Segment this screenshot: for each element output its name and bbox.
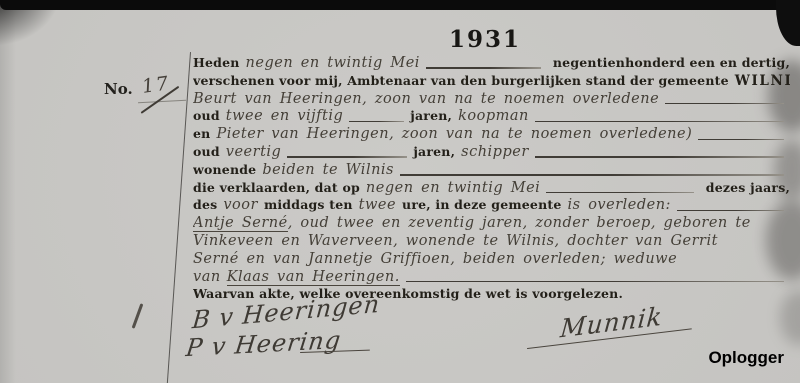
- site-watermark: Oplogger: [708, 348, 784, 368]
- printed-text: jaren,: [410, 108, 452, 123]
- handwritten-text: voor: [223, 197, 258, 213]
- document-line-11: Vinkeveen en Waverveen, wonende te Wilni…: [193, 233, 790, 251]
- handwritten-text: Vinkeveen en Waverveen, wonende te Wilni…: [193, 233, 718, 249]
- blank-fill-line: [535, 121, 784, 122]
- blank-fill-line: [535, 156, 784, 157]
- printed-text: dezes jaars,: [706, 180, 790, 195]
- printed-text: des: [193, 197, 217, 212]
- printed-text: middags ten: [264, 197, 353, 212]
- scanned-death-record: 1931 No. 17 Hedennegen en twintig Meineg…: [0, 0, 800, 383]
- blank-fill-line: [546, 192, 693, 193]
- handwritten-text: Antje Serné: [193, 215, 288, 232]
- scan-edge-top: [0, 0, 800, 10]
- record-number-label: No.: [104, 80, 133, 98]
- document-line-9: desvoormiddags tentweeure, in deze gemee…: [193, 197, 790, 215]
- handwritten-text: Pieter van Heeringen, zoon van na te noe…: [216, 126, 692, 142]
- record-number-underline: [138, 100, 186, 104]
- document-line-12: Serné en van Jannetje Griffioen, beiden …: [193, 251, 790, 269]
- handwritten-text: , oud twee en zeventig jaren, zonder ber…: [288, 215, 751, 231]
- handwritten-text: Serné en van Jannetje Griffioen, beiden …: [193, 251, 677, 267]
- printed-text: en: [193, 126, 210, 141]
- handwritten-text: schipper: [461, 144, 529, 160]
- blank-fill-line: [698, 139, 784, 140]
- printed-text: ure, in deze gemeente: [402, 197, 561, 212]
- handwritten-text: Klaas van Heeringen.: [227, 269, 400, 286]
- printed-text: WILNIS:: [735, 73, 790, 89]
- printed-text: Heden: [193, 55, 240, 70]
- blank-fill-line: [287, 156, 407, 157]
- document-line-8: die verklaarden, dat opnegen en twintig …: [193, 180, 790, 198]
- document-line-3: Beurt van Heeringen, zoon van na te noem…: [193, 91, 790, 109]
- handwritten-text: veertig: [226, 144, 282, 160]
- printed-text: oud: [193, 144, 220, 159]
- blank-fill-line: [665, 103, 784, 104]
- printed-text: wonende: [193, 162, 256, 177]
- document-line-13: vanKlaas van Heeringen.: [193, 269, 790, 287]
- handwritten-text: negen en twintig Mei: [246, 55, 420, 71]
- document-line-1: Hedennegen en twintig Meinegentienhonder…: [193, 55, 790, 73]
- handwritten-text: beiden te Wilnis: [262, 162, 394, 178]
- document-line-5: enPieter van Heeringen, zoon van na te n…: [193, 126, 790, 144]
- document-line-4: oudtwee en vijftigjaren,koopman: [193, 108, 790, 126]
- handwritten-text: van: [193, 269, 221, 285]
- printed-text: negentienhonderd een en dertig,: [553, 55, 790, 70]
- document-line-10: Antje Serné, oud twee en zeventig jaren,…: [193, 215, 790, 233]
- blank-fill-line: [400, 174, 784, 175]
- document-line-7: wonendebeiden te Wilnis: [193, 162, 790, 180]
- blank-fill-line: [406, 281, 784, 282]
- handwritten-text: twee: [359, 197, 396, 213]
- scan-edge-top-right: [776, 0, 800, 46]
- handwritten-text: negen en twintig Mei: [366, 180, 540, 196]
- blank-fill-line: [677, 210, 784, 211]
- printed-text: Waarvan akte, welke overeenkomstig de we…: [193, 286, 623, 301]
- stray-ink-mark: [132, 303, 144, 328]
- record-body: Hedennegen en twintig Meinegentienhonder…: [193, 55, 790, 304]
- blank-fill-line: [349, 121, 404, 122]
- blank-fill-line: [426, 67, 541, 68]
- handwritten-text: is overleden:: [568, 197, 671, 213]
- document-line-2: verschenen voor mij, Ambtenaar van den b…: [193, 73, 790, 91]
- printed-text: jaren,: [413, 144, 455, 159]
- document-line-6: oudveertigjaren,schipper: [193, 144, 790, 162]
- printed-text: verschenen voor mij, Ambtenaar van den b…: [193, 73, 729, 88]
- handwritten-text: koopman: [458, 108, 529, 124]
- printed-text: oud: [193, 108, 220, 123]
- handwritten-text: twee en vijftig: [226, 108, 343, 124]
- handwritten-text: Beurt van Heeringen, zoon van na te noem…: [193, 91, 659, 107]
- year-heading: 1931: [430, 26, 540, 53]
- printed-text: die verklaarden, dat op: [193, 180, 360, 195]
